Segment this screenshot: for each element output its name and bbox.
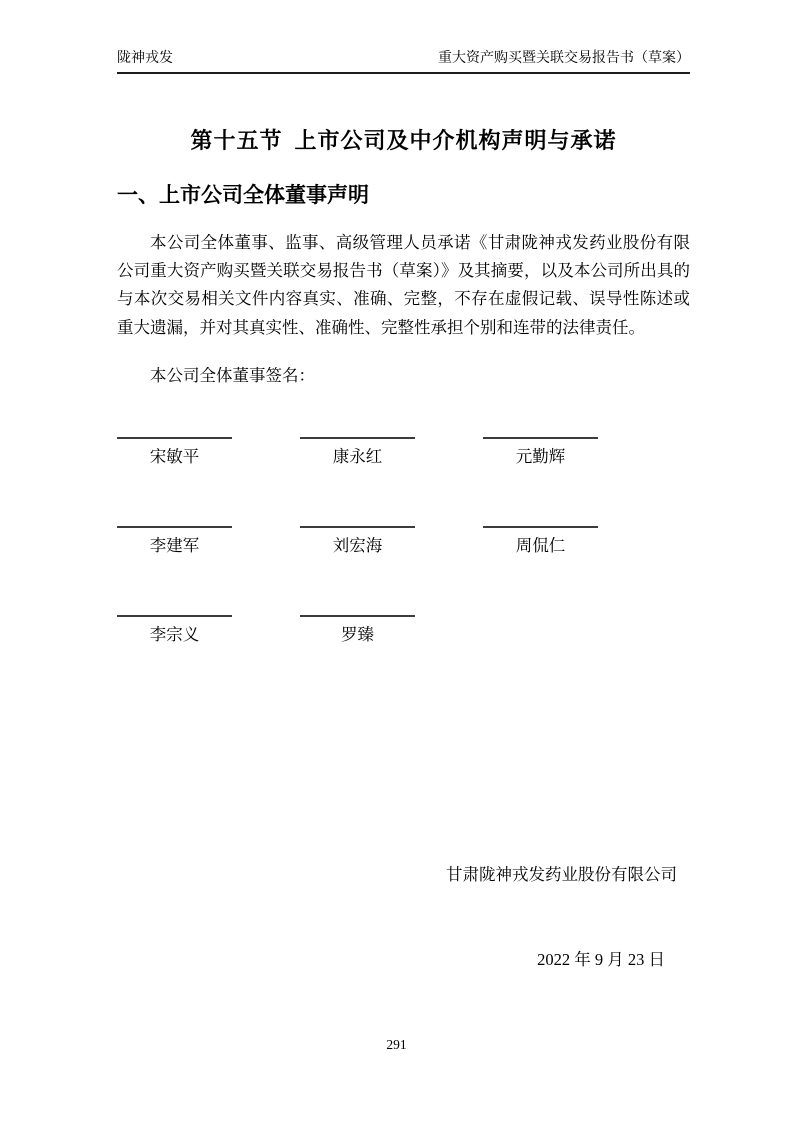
document-page: 陇神戎发 重大资产购买暨关联交易报告书（草案） 第十五节 上市公司及中介机构声明… bbox=[0, 0, 793, 1122]
document-date: 2022 年 9 月 23 日 bbox=[117, 949, 690, 971]
header-right-text: 重大资产购买暨关联交易报告书（草案） bbox=[438, 50, 690, 68]
signature-name: 李宗义 bbox=[117, 617, 232, 646]
running-header: 陇神戎发 重大资产购买暨关联交易报告书（草案） bbox=[117, 50, 690, 74]
signature-cell: 李建军 bbox=[117, 526, 232, 557]
signature-instruction: 本公司全体董事签名： bbox=[117, 364, 690, 388]
signature-name: 李建军 bbox=[117, 528, 232, 557]
signature-block: 宋敏平 康永红 元勤辉 李建军 刘宏海 周侃仁 bbox=[117, 437, 690, 704]
page-title: 第十五节 上市公司及中介机构声明与承诺 bbox=[117, 126, 690, 156]
signature-name: 刘宏海 bbox=[300, 528, 415, 557]
signature-name: 宋敏平 bbox=[117, 439, 232, 468]
signature-name: 周侃仁 bbox=[483, 528, 598, 557]
signature-row: 李建军 刘宏海 周侃仁 bbox=[117, 526, 690, 557]
header-left-text: 陇神戎发 bbox=[117, 50, 173, 68]
signature-cell: 元勤辉 bbox=[483, 437, 598, 468]
issuer-company-name: 甘肃陇神戎发药业股份有限公司 bbox=[117, 864, 690, 886]
signature-row: 李宗义 罗臻 bbox=[117, 615, 690, 646]
page-number: 291 bbox=[0, 1036, 793, 1054]
signature-cell: 刘宏海 bbox=[300, 526, 415, 557]
signature-name: 康永红 bbox=[300, 439, 415, 468]
signature-cell: 李宗义 bbox=[117, 615, 232, 646]
signature-cell: 康永红 bbox=[300, 437, 415, 468]
signature-row: 宋敏平 康永红 元勤辉 bbox=[117, 437, 690, 468]
signature-cell: 周侃仁 bbox=[483, 526, 598, 557]
signature-name: 罗臻 bbox=[300, 617, 415, 646]
section-heading: 一、上市公司全体董事声明 bbox=[117, 183, 690, 209]
signature-cell: 宋敏平 bbox=[117, 437, 232, 468]
signature-cell: 罗臻 bbox=[300, 615, 415, 646]
signature-name: 元勤辉 bbox=[483, 439, 598, 468]
declaration-paragraph: 本公司全体董事、监事、高级管理人员承诺《甘肃陇神戎发药业股份有限公司重大资产购买… bbox=[117, 229, 690, 343]
